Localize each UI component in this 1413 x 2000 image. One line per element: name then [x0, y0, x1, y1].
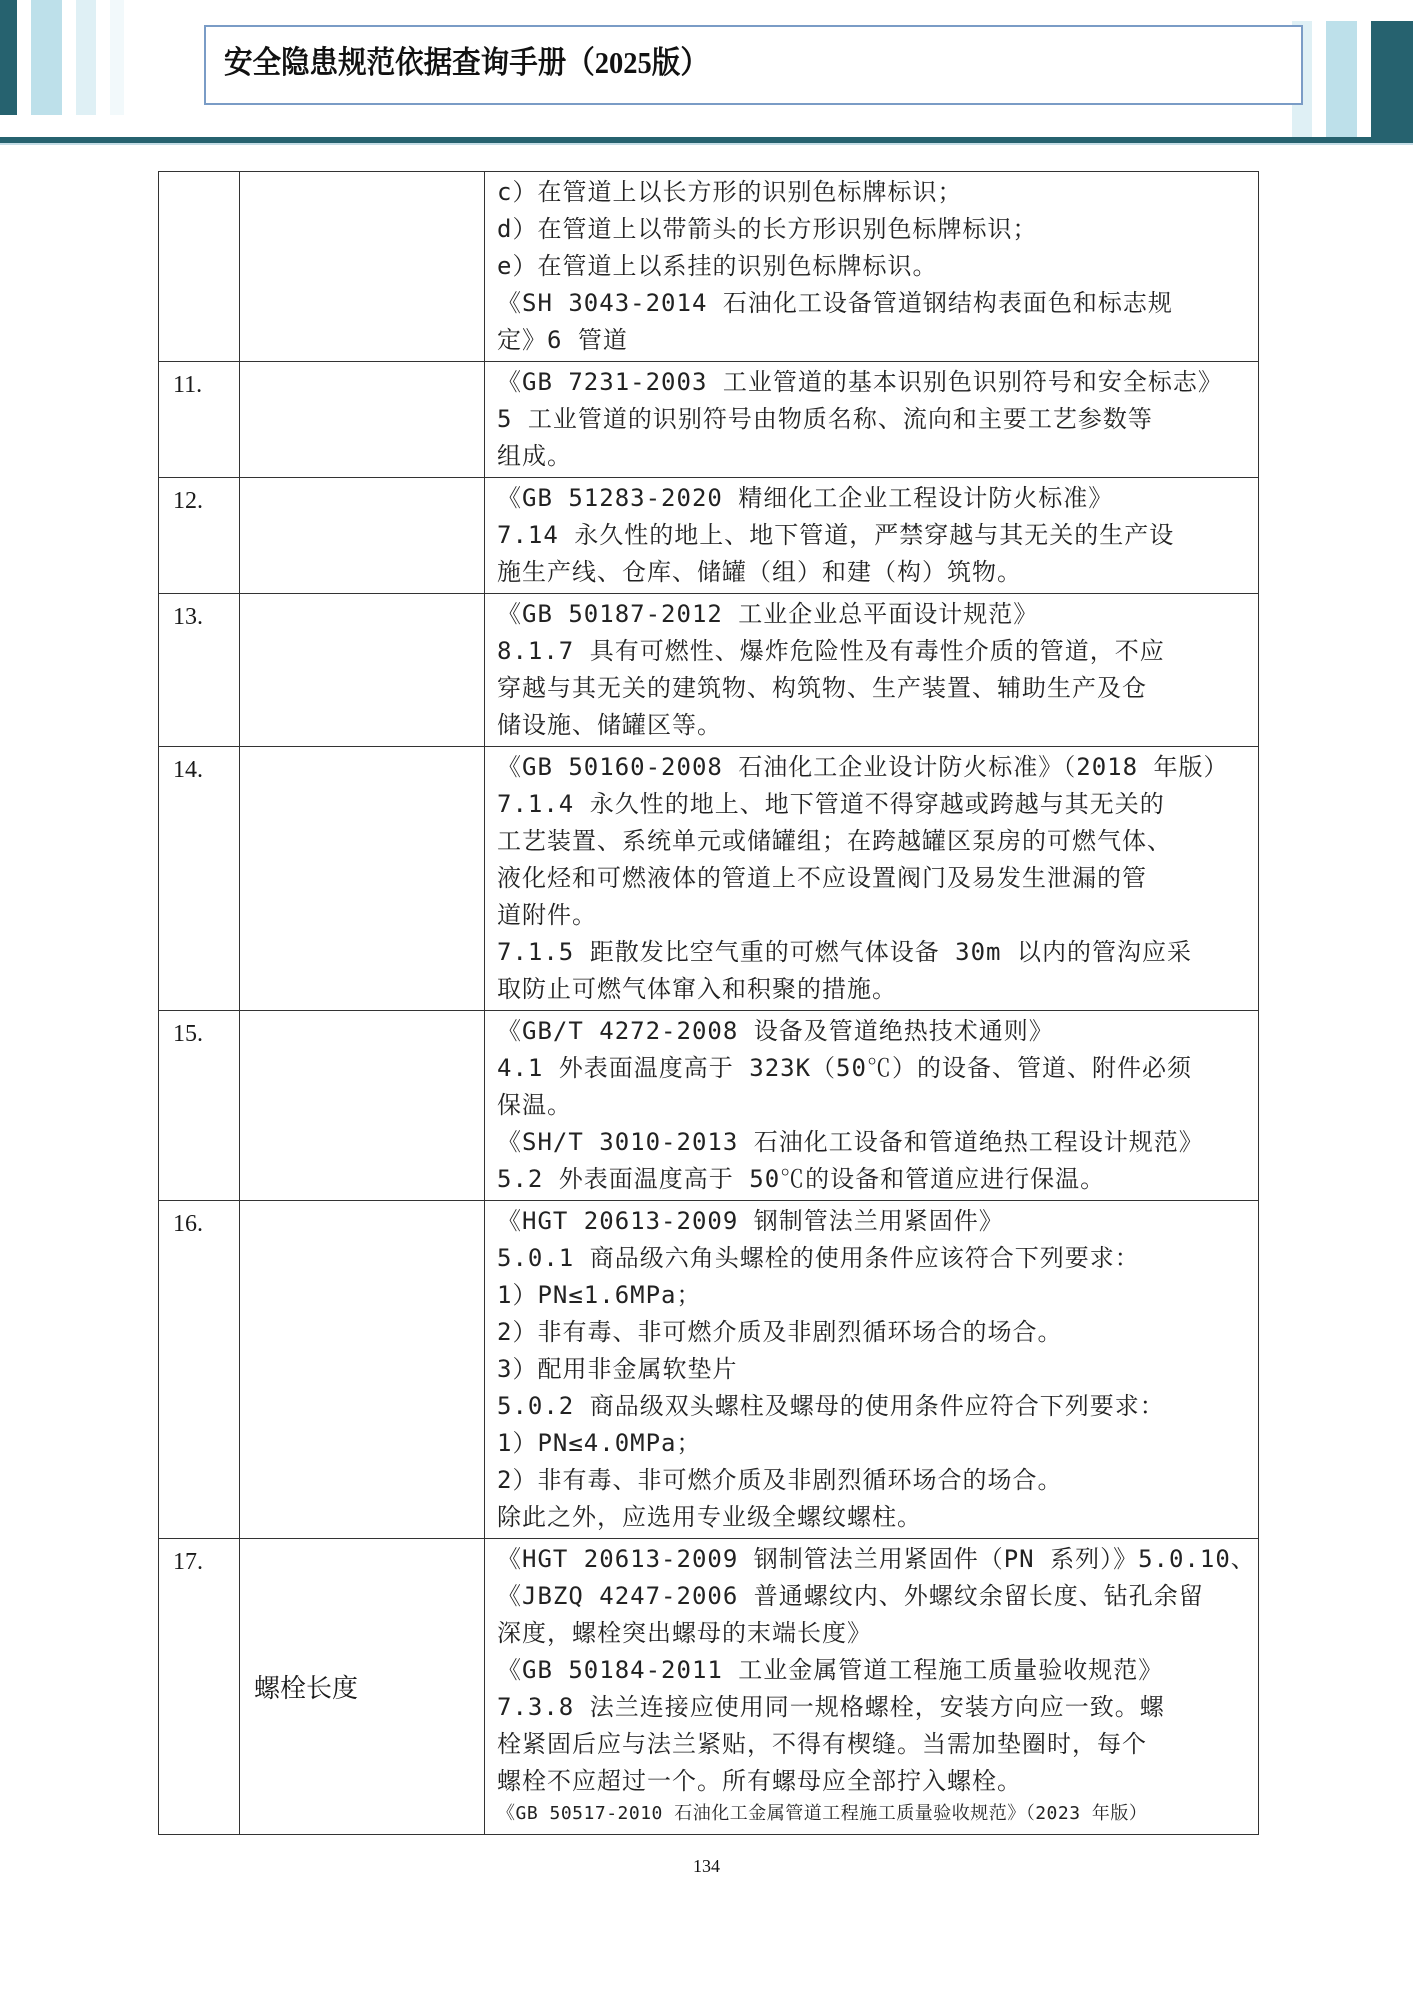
content-line: 5.0.1 商品级六角头螺栓的使用条件应该符合下列要求：: [497, 1240, 1252, 1277]
content-line: 《HGT 20613-2009 钢制管法兰用紧固件（PN 系列）》5.0.10、: [497, 1541, 1252, 1578]
content-line: 7.3.8 法兰连接应使用同一规格螺栓，安装方向应一致。螺: [497, 1689, 1252, 1726]
row-category: [240, 362, 485, 478]
row-number: 13.: [159, 594, 240, 747]
content-line: 液化烃和可燃液体的管道上不应设置阀门及易发生泄漏的管: [497, 860, 1252, 897]
content-line: 《JBZQ 4247-2006 普通螺纹内、外螺纹余留长度、钻孔余留: [497, 1578, 1252, 1615]
content-line: c）在管道上以长方形的识别色标牌标识；: [497, 174, 1252, 211]
content-line: e）在管道上以系挂的识别色标牌标识。: [497, 248, 1252, 285]
content-line: 螺栓不应超过一个。所有螺母应全部拧入螺栓。: [497, 1763, 1252, 1800]
content-line: 2）非有毒、非可燃介质及非剧烈循环场合的场合。: [497, 1462, 1252, 1499]
content-line: 深度，螺栓突出螺母的末端长度》: [497, 1615, 1252, 1652]
row-number: [159, 172, 240, 362]
row-number: 16.: [159, 1201, 240, 1539]
row-category: [240, 172, 485, 362]
content-line: 7.1.4 永久性的地上、地下管道不得穿越或跨越与其无关的: [497, 786, 1252, 823]
content-line: 工艺装置、系统单元或储罐组；在跨越罐区泵房的可燃气体、: [497, 823, 1252, 860]
table-row: 17. 螺栓长度 《HGT 20613-2009 钢制管法兰用紧固件（PN 系列…: [159, 1539, 1259, 1835]
content-line: 穿越与其无关的建筑物、构筑物、生产装置、辅助生产及仓: [497, 670, 1252, 707]
content-line: 4.1 外表面温度高于 323K（50℃）的设备、管道、附件必须: [497, 1050, 1252, 1087]
row-content: 《GB 51283-2020 精细化工企业工程设计防火标准》 7.14 永久性的…: [485, 478, 1259, 594]
content-line: 《GB 51283-2020 精细化工企业工程设计防火标准》: [497, 480, 1252, 517]
content-line: 《GB 50184-2011 工业金属管道工程施工质量验收规范》: [497, 1652, 1252, 1689]
content-line: 5.2 外表面温度高于 50℃的设备和管道应进行保温。: [497, 1161, 1252, 1198]
content-line: 《SH 3043-2014 石油化工设备管道钢结构表面色和标志规: [497, 285, 1252, 322]
regulation-table: c）在管道上以长方形的识别色标牌标识； d）在管道上以带箭头的长方形识别色标牌标…: [158, 171, 1259, 1835]
header-decor-left-dark: [0, 0, 17, 115]
content-line: 《GB 7231-2003 工业管道的基本识别色识别符号和安全标志》: [497, 364, 1252, 401]
content-line: 5 工业管道的识别符号由物质名称、流向和主要工艺参数等: [497, 401, 1252, 438]
content-line: 2）非有毒、非可燃介质及非剧烈循环场合的场合。: [497, 1314, 1252, 1351]
header-decor-left-faint: [110, 0, 124, 115]
content-line: 《GB 50160-2008 石油化工企业设计防火标准》（2018 年版）: [497, 749, 1252, 786]
content-line: 3）配用非金属软垫片: [497, 1351, 1252, 1388]
table-row: 12. 《GB 51283-2020 精细化工企业工程设计防火标准》 7.14 …: [159, 478, 1259, 594]
content-line: 8.1.7 具有可燃性、爆炸危险性及有毒性介质的管道，不应: [497, 633, 1252, 670]
table-row: 11. 《GB 7231-2003 工业管道的基本识别色识别符号和安全标志》 5…: [159, 362, 1259, 478]
row-category: [240, 478, 485, 594]
row-number: 12.: [159, 478, 240, 594]
header-title-box: 安全隐患规范依据查询手册（2025版）: [204, 25, 1303, 105]
row-number: 11.: [159, 362, 240, 478]
row-number: 17.: [159, 1539, 240, 1835]
row-number: 14.: [159, 747, 240, 1011]
content-line: 除此之外，应选用专业级全螺纹螺柱。: [497, 1499, 1252, 1536]
content-line: 施生产线、仓库、储罐（组）和建（构）筑物。: [497, 554, 1252, 591]
content-line: 保温。: [497, 1087, 1252, 1124]
row-content: 《GB 50187-2012 工业企业总平面设计规范》 8.1.7 具有可燃性、…: [485, 594, 1259, 747]
row-content: 《HGT 20613-2009 钢制管法兰用紧固件（PN 系列）》5.0.10、…: [485, 1539, 1259, 1835]
table-row: c）在管道上以长方形的识别色标牌标识； d）在管道上以带箭头的长方形识别色标牌标…: [159, 172, 1259, 362]
content-line: 组成。: [497, 438, 1252, 475]
content-line: 定》6 管道: [497, 322, 1252, 359]
document-title: 安全隐患规范依据查询手册（2025版）: [224, 37, 709, 82]
header-decor-right-dark: [1371, 21, 1413, 141]
content-line: 7.1.5 距散发比空气重的可燃气体设备 30m 以内的管沟应采: [497, 934, 1252, 971]
content-line: 栓紧固后应与法兰紧贴，不得有楔缝。当需加垫圈时，每个: [497, 1726, 1252, 1763]
table-row: 13. 《GB 50187-2012 工业企业总平面设计规范》 8.1.7 具有…: [159, 594, 1259, 747]
row-content: 《HGT 20613-2009 钢制管法兰用紧固件》 5.0.1 商品级六角头螺…: [485, 1201, 1259, 1539]
content-line: 取防止可燃气体窜入和积聚的措施。: [497, 971, 1252, 1008]
row-content: 《GB/T 4272-2008 设备及管道绝热技术通则》 4.1 外表面温度高于…: [485, 1011, 1259, 1201]
row-category: [240, 747, 485, 1011]
content-line: 道附件。: [497, 897, 1252, 934]
content-line: 7.14 永久性的地上、地下管道，严禁穿越与其无关的生产设: [497, 517, 1252, 554]
row-number: 15.: [159, 1011, 240, 1201]
content-line: 1）PN≤4.0MPa；: [497, 1425, 1252, 1462]
row-category: [240, 1011, 485, 1201]
content-line: d）在管道上以带箭头的长方形识别色标牌标识；: [497, 211, 1252, 248]
table-row: 14. 《GB 50160-2008 石油化工企业设计防火标准》（2018 年版…: [159, 747, 1259, 1011]
page-number: 134: [0, 1856, 1413, 1877]
content-line: 《GB 50187-2012 工业企业总平面设计规范》: [497, 596, 1252, 633]
row-category: 螺栓长度: [240, 1539, 485, 1835]
row-content: c）在管道上以长方形的识别色标牌标识； d）在管道上以带箭头的长方形识别色标牌标…: [485, 172, 1259, 362]
content-line: 储设施、储罐区等。: [497, 707, 1252, 744]
content-line: 5.0.2 商品级双头螺柱及螺母的使用条件应符合下列要求：: [497, 1388, 1252, 1425]
header-decor-left-pale: [76, 0, 96, 115]
table-row: 15. 《GB/T 4272-2008 设备及管道绝热技术通则》 4.1 外表面…: [159, 1011, 1259, 1201]
row-category: [240, 1201, 485, 1539]
content-line-small: 《GB 50517-2010 石油化工金属管道工程施工质量验收规范》（2023 …: [497, 1800, 1252, 1828]
row-category: [240, 594, 485, 747]
row-content: 《GB 7231-2003 工业管道的基本识别色识别符号和安全标志》 5 工业管…: [485, 362, 1259, 478]
header-divider-shadow: [0, 143, 1413, 145]
header-decor-left-light: [31, 0, 62, 115]
table-row: 16. 《HGT 20613-2009 钢制管法兰用紧固件》 5.0.1 商品级…: [159, 1201, 1259, 1539]
content-line: 《HGT 20613-2009 钢制管法兰用紧固件》: [497, 1203, 1252, 1240]
header-decor-right-light: [1326, 21, 1357, 137]
row-content: 《GB 50160-2008 石油化工企业设计防火标准》（2018 年版） 7.…: [485, 747, 1259, 1011]
content-line: 1）PN≤1.6MPa；: [497, 1277, 1252, 1314]
content-line: 《SH/T 3010-2013 石油化工设备和管道绝热工程设计规范》: [497, 1124, 1252, 1161]
content-line: 《GB/T 4272-2008 设备及管道绝热技术通则》: [497, 1013, 1252, 1050]
